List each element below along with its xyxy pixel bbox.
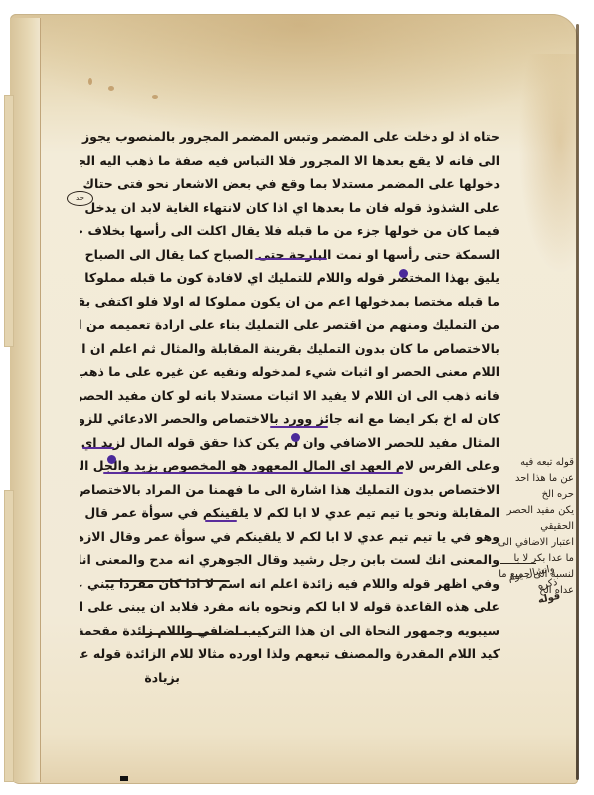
ink-stain [88, 78, 92, 85]
ink-overline [105, 580, 230, 582]
purple-underline [205, 520, 237, 522]
purple-underline [103, 472, 403, 474]
text-line: يليق بهذا المختصر قوله واللام للتمليك اي… [80, 266, 500, 290]
text-line: الى فانه لا يقع بعدها الا المجرور فلا ال… [80, 149, 500, 173]
purple-underline [82, 447, 114, 449]
catchword-mark [120, 776, 128, 781]
ink-stain [152, 95, 158, 99]
text-line: وفي اظهر قوله واللام فيه زائدة اعلم انه … [80, 572, 500, 596]
text-line: وهو في يا تيم تيم عدي لا ابا لكم لا يلقي… [80, 525, 500, 549]
purple-mark [291, 433, 300, 442]
text-line: فيما كان من خولها جزء من ما قبله فلا يقا… [80, 219, 500, 243]
text-line: كيد اللام المقدرة والمصنف تبعهم ولذا اور… [80, 642, 500, 666]
purple-mark [107, 455, 116, 464]
text-line: اللام معنى الحصر او اثبات شيء لمدخوله ون… [80, 360, 500, 384]
purple-underline [270, 426, 328, 428]
text-line: المثال مفيد للحصر الاضافي وان لم يكن كذا… [80, 431, 500, 455]
purple-underline [255, 258, 327, 260]
text-line-final: بزيادة [80, 666, 500, 690]
text-line: السمكة حتى رأسها او نمت البارحة حتى الصب… [80, 243, 500, 267]
page-binding-edge [10, 18, 41, 782]
margin-divider [500, 563, 536, 564]
water-stain-top [30, 14, 570, 134]
ink-overline [140, 633, 268, 635]
text-line: المقابلة ونحو يا تيم تيم عدي لا ابا لكم … [80, 501, 500, 525]
text-line: على الشذوذ قوله فان ما بعدها اي اذا كان … [80, 196, 500, 220]
ink-stain [108, 86, 114, 91]
circled-margin-note: حد [67, 191, 93, 206]
text-line: حتاه اذ لو دخلت على المضمر وتبس المضمر ا… [80, 125, 500, 149]
text-line: على هذه القاعدة قوله لا ابا لكم ونحوه با… [80, 595, 500, 619]
text-line: بالاختصاص ما كان بدون التمليك بقرينة الم… [80, 337, 500, 361]
binding-strip-lower [4, 490, 14, 782]
text-line: من التمليك ومنهم من اقتصر على التمليك بن… [80, 313, 500, 337]
text-line: فانه ذهب الى ان اللام لا يفيد الا اثبات … [80, 384, 500, 408]
text-line: ما قبله مختصا بمدخولها اعم من ان يكون مم… [80, 290, 500, 314]
page-right-edge [576, 24, 579, 780]
text-line: سيبويه وجمهور النحاة الى ان هذا التركيب … [80, 619, 500, 643]
text-line: دخولها على المضمر مستدلا بما وقع في بعض … [80, 172, 500, 196]
main-text-body: حتاه اذ لو دخلت على المضمر وتبس المضمر ا… [80, 125, 500, 689]
purple-mark [399, 269, 408, 278]
text-line: الاختصاص بدون التمليك هذا اشارة الى ما ف… [80, 478, 500, 502]
text-line: والمعنى انك لست بابن رجل رشيد وقال الجوه… [80, 548, 500, 572]
water-stain-right [518, 54, 578, 274]
binding-strip-upper [4, 95, 14, 347]
